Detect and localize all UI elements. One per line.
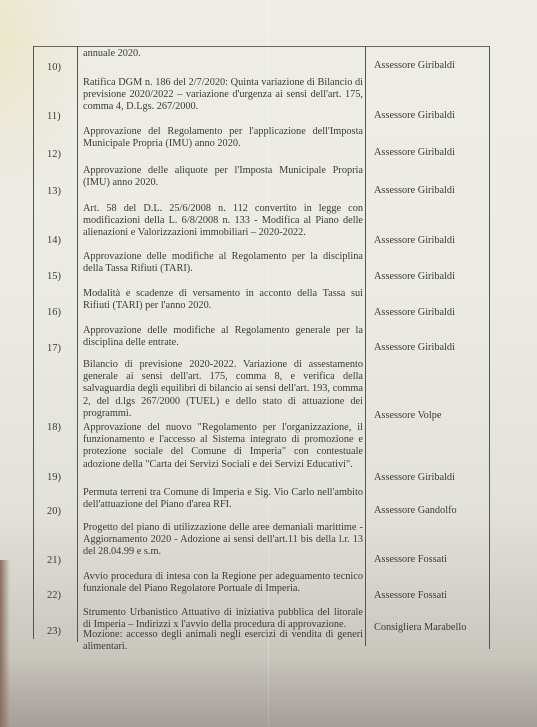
item-description: Ratifica DGM n. 186 del 2/7/2020: Quinta…: [83, 77, 363, 114]
item-description: Avvio procedura di intesa con la Regione…: [83, 571, 363, 595]
column-divider-number: [77, 46, 78, 642]
item-number: 10): [47, 62, 75, 73]
item-number: 22): [47, 590, 75, 601]
item-responsible: Assessore Giribaldi: [374, 307, 455, 318]
item-number: 18): [47, 422, 75, 433]
item-number: 21): [47, 555, 75, 566]
item-description: Progetto del piano di utilizzazione dell…: [83, 522, 363, 559]
item-responsible: Assessore Fossati: [374, 590, 447, 601]
item-responsible: Assessore Giribaldi: [374, 110, 455, 121]
item-description: Approvazione delle modifiche al Regolame…: [83, 325, 363, 349]
item-responsible: Assessore Giribaldi: [374, 271, 455, 282]
item-responsible: Assessore Giribaldi: [374, 342, 455, 353]
item-responsible: Assessore Volpe: [374, 410, 441, 421]
item-responsible: Consigliera Marabello: [374, 622, 466, 633]
item-number: 12): [47, 149, 75, 160]
item-description: Approvazione delle aliquote per l'Impost…: [83, 165, 363, 189]
item-number: 11): [47, 111, 75, 122]
item-number: 14): [47, 235, 75, 246]
table-right-border: [489, 46, 490, 649]
item-description: Approvazione del Regolamento per l'appli…: [83, 126, 363, 150]
item-description: Permuta terreni tra Comune di Imperia e …: [83, 487, 363, 511]
column-divider-responsible: [365, 46, 366, 646]
table-left-border: [33, 46, 34, 639]
item-number: 17): [47, 343, 75, 354]
item-responsible: Assessore Giribaldi: [374, 235, 455, 246]
agenda-table: annuale 2020. 10) Assessore Giribaldi Ra…: [33, 46, 490, 686]
item-description: Modalità e scadenze di versamento in acc…: [83, 288, 363, 312]
item-number: 19): [47, 472, 75, 483]
bottom-shadow: [0, 660, 537, 727]
table-top-border: [33, 46, 490, 47]
item-responsible: Assessore Giribaldi: [374, 472, 455, 483]
item-description: Strumento Urbanistico Attuativo di inizi…: [83, 607, 363, 631]
item-number: 20): [47, 506, 75, 517]
item-number: 16): [47, 307, 75, 318]
item-responsible: Assessore Giribaldi: [374, 147, 455, 158]
item-description: Approvazione del nuovo "Regolamento per …: [83, 422, 363, 471]
item-responsible: Assessore Fossati: [374, 554, 447, 565]
item-description: Mozione: accesso degli animali negli ese…: [83, 629, 363, 653]
item-responsible: Assessore Gandolfo: [374, 505, 457, 516]
item-description: Approvazione delle modifiche al Regolame…: [83, 251, 363, 275]
continuation-text: annuale 2020.: [83, 48, 363, 60]
item-description: Bilancio di previsione 2020-2022. Variaz…: [83, 359, 363, 420]
item-responsible: Assessore Giribaldi: [374, 60, 455, 71]
item-number: 15): [47, 271, 75, 282]
item-description: Art. 58 del D.L. 25/6/2008 n. 112 conver…: [83, 203, 363, 240]
item-number: 13): [47, 186, 75, 197]
item-number: 23): [47, 626, 75, 637]
item-responsible: Assessore Giribaldi: [374, 185, 455, 196]
table-surface-edge: [0, 560, 10, 727]
